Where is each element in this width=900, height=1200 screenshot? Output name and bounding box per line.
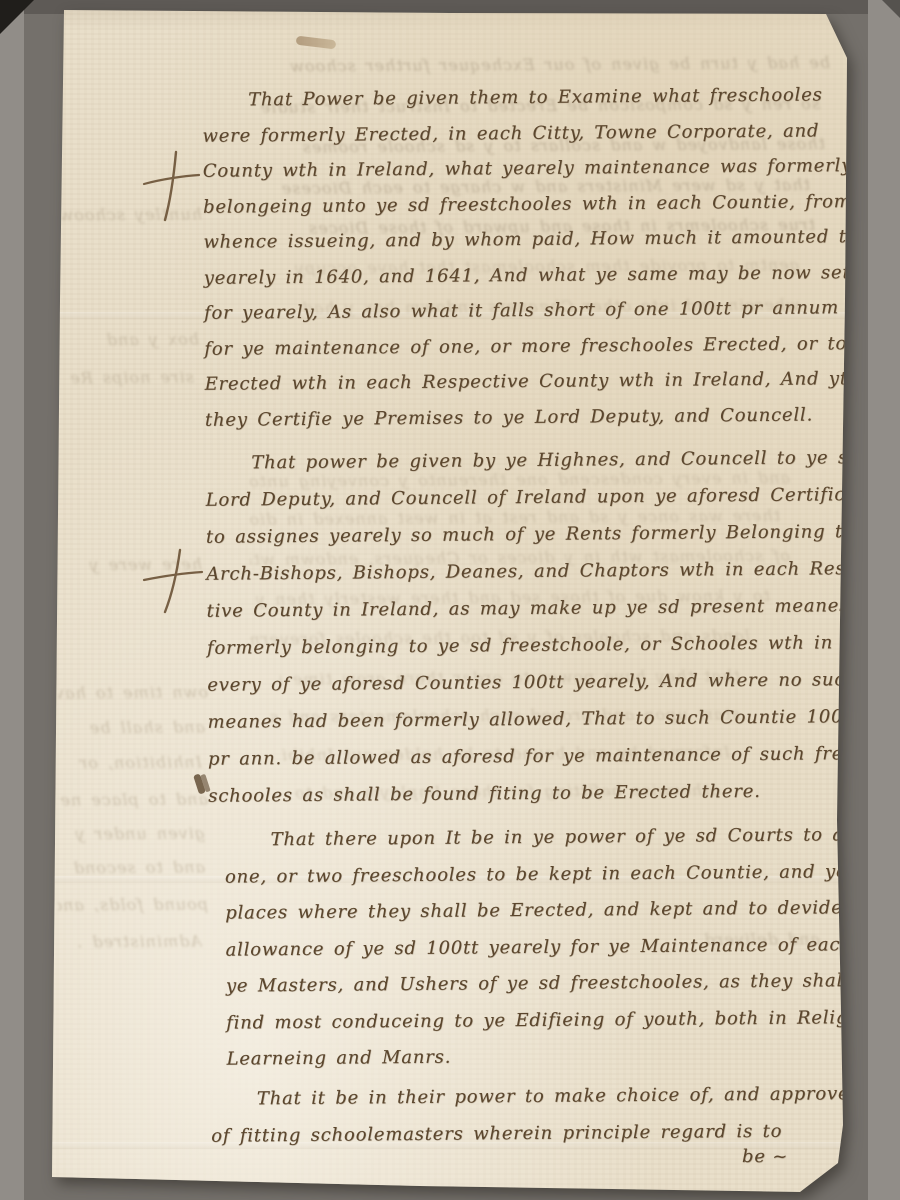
manuscript-line: places where they shall be Erected, and … (225, 890, 865, 932)
showthrough-fragment: Inhibition, or (62, 753, 202, 773)
manuscript-line: County wth in Ireland, what yearely main… (203, 148, 843, 189)
manuscript-line: meanes had been formerly allowed, That t… (207, 698, 847, 741)
manuscript-line: for ye maintenance of one, or more fresc… (204, 326, 844, 367)
paragraph-2: That power be given by ye Highnes, and C… (205, 439, 848, 815)
paragraph-4: That it be in their power to make choice… (211, 1075, 852, 1155)
manuscript-line: they Certifie ye Premises to ye Lord Dep… (205, 397, 845, 438)
manuscript-line: were formerly Erected, in each Citty, To… (202, 113, 842, 154)
margin-cross-icon (138, 546, 208, 618)
showthrough-fragment: and to place new (58, 789, 208, 809)
photograph: be had y turn be given of our Exchequer … (0, 0, 900, 1200)
manuscript-line: That power be given by ye Highnes, and C… (205, 439, 845, 482)
manuscript-line: one, or two freeschooles to be kept in e… (225, 854, 865, 896)
manuscript-line: allowance of ye sd 100tt yearely for ye … (225, 927, 865, 969)
manuscript-line: ye Masters, and Ushers of ye sd freestch… (226, 963, 866, 1005)
showthrough-fragment: and shall be (60, 717, 205, 737)
showthrough-fragment: box y and (64, 330, 199, 350)
showthrough-fragment: own time to have to (58, 682, 208, 702)
manuscript-line: tive County in Ireland, as may make up y… (206, 587, 846, 630)
manuscript-line: That it be in their power to make choice… (211, 1075, 851, 1118)
manuscript-line: belongeing unto ye sd freestchooles wth … (203, 184, 843, 225)
manuscript-line: Learneing and Manrs. (226, 1036, 866, 1078)
manuscript-line: formerly belonging to ye sd freestchoole… (207, 624, 847, 667)
paragraph-1: That Power be given them to Examine what… (202, 77, 845, 438)
manuscript-line: That Power be given them to Examine what… (202, 77, 842, 118)
paragraph-3: That there upon It be in ye power of ye … (224, 817, 866, 1078)
manuscript-line: schooles as shall be found fiting to be … (208, 772, 848, 815)
margin-cross-icon (136, 146, 206, 226)
paper-shadow: be had y turn be given of our Exchequer … (0, 0, 900, 1200)
showthrough-fragment: pound folds, and (58, 894, 208, 914)
manuscript-line: for yearely, As also what it falls short… (204, 290, 844, 331)
manuscript-line: find most conduceing to ye Edifieing of … (226, 1000, 866, 1042)
showthrough-fragment: and to second (60, 857, 205, 877)
manuscript-line: whence issueing, and by whom paid, How m… (203, 219, 843, 260)
showthrough-line: be had y turn be given of our Exchequer … (240, 53, 830, 76)
manuscript-line: yearely in 1640, and 1641, And what ye s… (204, 255, 844, 296)
manuscript-page: be had y turn be given of our Exchequer … (0, 0, 900, 1200)
manuscript-line: to assignes yearely so much of ye Rents … (206, 513, 846, 556)
manuscript-line: every of ye aforesd Counties 100tt yeare… (207, 661, 847, 704)
manuscript-line: Lord Deputy, and Councell of Ireland upo… (205, 476, 845, 519)
manuscript-text: That Power be given them to Examine what… (202, 77, 842, 83)
manuscript-line: That there upon It be in ye power of ye … (224, 817, 864, 859)
catchword: be ~ (742, 1146, 788, 1167)
showthrough-fragment: sire noips Re (64, 368, 194, 388)
manuscript-line: Erected wth in each Respective County wt… (204, 361, 844, 402)
ink-smudge (296, 36, 337, 50)
manuscript-line: pr ann. be allowed as aforesd for ye mai… (208, 735, 848, 778)
showthrough-fragment: Administred . (62, 932, 202, 952)
manuscript-line: Arch-Bishops, Bishops, Deanes, and Chapt… (206, 550, 846, 593)
showthrough-fragment: given under y (60, 823, 205, 843)
